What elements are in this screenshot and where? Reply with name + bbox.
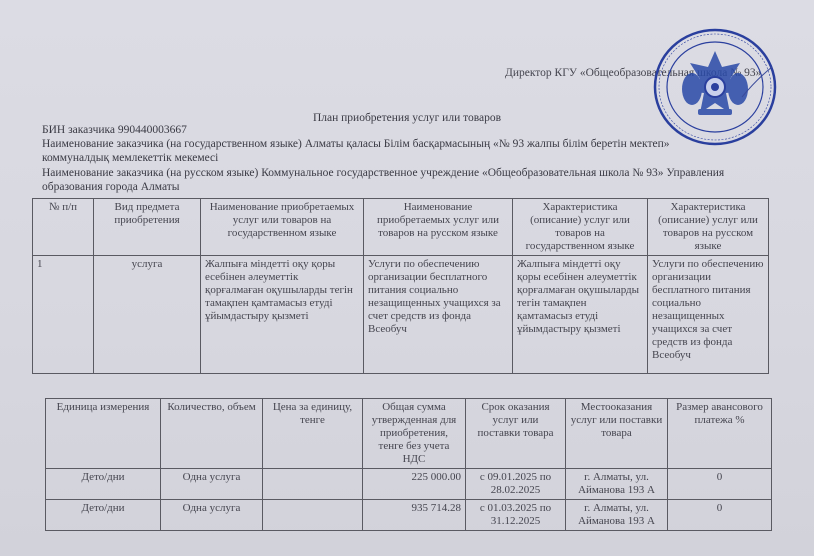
col-number: № п/п xyxy=(33,199,94,256)
customer-name-ru: Наименование заказчика (на русском языке… xyxy=(42,167,724,179)
col-desc-kz: Характеристика (описание) услуг или това… xyxy=(513,199,648,256)
pricing-table: Единица измерения Количество, объем Цена… xyxy=(45,398,772,531)
col-unit: Единица измерения xyxy=(46,399,161,469)
official-seal-icon xyxy=(652,27,778,147)
table-row: Дето/дни Одна услуга 225 000.00 с 09.01.… xyxy=(46,469,772,500)
col-quantity: Количество, объем xyxy=(161,399,263,469)
cell-name-ru: Услуги по обеспечению организации беспла… xyxy=(364,256,513,374)
cell-term: с 01.03.2025 по 31.12.2025 xyxy=(466,500,566,531)
cell-term: с 09.01.2025 по 28.02.2025 xyxy=(466,469,566,500)
customer-bin: БИН заказчика 990440003667 xyxy=(42,124,187,136)
col-desc-ru: Характеристика (описание) услуг или това… xyxy=(648,199,769,256)
cell-quantity: Одна услуга xyxy=(161,500,263,531)
cell-unit: Дето/дни xyxy=(46,500,161,531)
cell-desc-ru: Услуги по обеспечению организации беспла… xyxy=(648,256,769,374)
cell-unit-price xyxy=(263,469,363,500)
cell-name-kz: Жалпыға міндетті оқу қоры есебінен әлеум… xyxy=(201,256,364,374)
col-name-ru: Наименование приобретаемых услуг или тов… xyxy=(364,199,513,256)
cell-unit: Дето/дни xyxy=(46,469,161,500)
customer-name-kz-cont: коммуналдық мемлекеттік мекемесі xyxy=(42,152,218,164)
cell-total: 935 714.28 xyxy=(363,500,466,531)
cell-number: 1 xyxy=(33,256,94,374)
col-total: Общая сумма утвержденная для приобретени… xyxy=(363,399,466,469)
cell-desc-kz: Жалпыға міндетті оқу қоры есебінен әлеум… xyxy=(513,256,648,374)
document-title: План приобретения услуг или товаров xyxy=(0,112,814,124)
cell-type: услуга xyxy=(94,256,201,374)
customer-name-kz: Наименование заказчика (на государственн… xyxy=(42,138,669,150)
col-name-kz: Наименование приобретаемых услуг или тов… xyxy=(201,199,364,256)
col-place: Местооказания услуг или поставки товара xyxy=(566,399,668,469)
cell-advance: 0 xyxy=(668,500,772,531)
customer-name-ru-cont: образования города Алматы xyxy=(42,181,180,193)
cell-advance: 0 xyxy=(668,469,772,500)
cell-place: г. Алматы, ул. Айманова 193 А xyxy=(566,469,668,500)
cell-quantity: Одна услуга xyxy=(161,469,263,500)
services-table: № п/п Вид предмета приобретения Наименов… xyxy=(32,198,769,374)
table-row: Дето/дни Одна услуга 935 714.28 с 01.03.… xyxy=(46,500,772,531)
table-row: 1 услуга Жалпыға міндетті оқу қоры есебі… xyxy=(33,256,769,374)
col-type: Вид предмета приобретения xyxy=(94,199,201,256)
col-advance: Размер авансового платежа % xyxy=(668,399,772,469)
cell-place: г. Алматы, ул. Айманова 193 А xyxy=(566,500,668,531)
table-header-row: Единица измерения Количество, объем Цена… xyxy=(46,399,772,469)
col-unit-price: Цена за единицу, тенге xyxy=(263,399,363,469)
cell-unit-price xyxy=(263,500,363,531)
table-header-row: № п/п Вид предмета приобретения Наименов… xyxy=(33,199,769,256)
cell-total: 225 000.00 xyxy=(363,469,466,500)
col-term: Срок оказания услуг или поставки товара xyxy=(466,399,566,469)
